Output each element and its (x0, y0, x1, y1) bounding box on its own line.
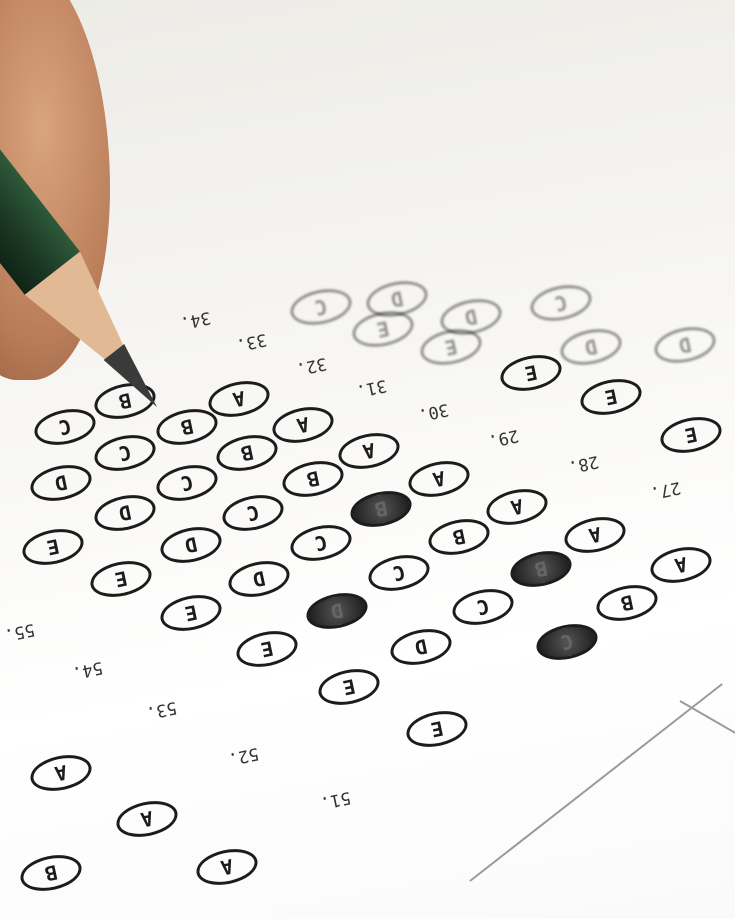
question-number: 52. (226, 743, 260, 769)
answer-bubble: D (387, 624, 455, 670)
answer-bubble: B (279, 456, 347, 502)
question-number: 55. (2, 619, 36, 645)
answer-bubble: A (561, 512, 629, 558)
question-number: 27. (648, 477, 682, 503)
question-number: 51. (318, 787, 352, 813)
question-number: 54. (70, 657, 104, 683)
answer-bubble: B (425, 514, 493, 560)
answer-bubble: E (19, 524, 87, 570)
question-number: 53. (144, 697, 178, 723)
answer-bubble: C (91, 430, 159, 476)
answer-bubble: A (113, 796, 181, 842)
question-number: 28. (566, 451, 600, 477)
answer-bubble: A (483, 484, 551, 530)
answer-bubble: C (449, 584, 517, 630)
answer-bubble: A (335, 428, 403, 474)
answer-bubble: E (233, 626, 301, 672)
answer-bubble: A (205, 376, 273, 422)
sheet-border-line (469, 683, 722, 882)
answer-bubble: A (269, 402, 337, 448)
answer-bubble: A (647, 542, 715, 588)
answer-bubble: D (557, 324, 625, 370)
answer-bubble: C (287, 520, 355, 566)
sheet-border-line (680, 700, 735, 742)
answer-bubble: A (405, 456, 473, 502)
answer-bubble: E (157, 590, 225, 636)
answer-bubble: A (193, 844, 261, 890)
answer-bubble: D (225, 556, 293, 602)
answer-bubble: C (153, 460, 221, 506)
answer-sheet-photo: ABCABCDEABCDEABCDEABCDEABCDEABCDEBCAAABE… (0, 0, 735, 919)
answer-bubble: B (347, 486, 415, 532)
question-number: 33. (234, 329, 268, 355)
question-number: 30. (416, 399, 450, 425)
answer-bubble: A (27, 750, 95, 796)
answer-bubble: C (365, 550, 433, 596)
question-number: 31. (354, 375, 388, 401)
answer-bubble: E (315, 664, 383, 710)
answer-bubble: C (287, 284, 355, 330)
question-number: 29. (486, 425, 520, 451)
answer-bubble: B (213, 430, 281, 476)
answer-bubble: B (593, 580, 661, 626)
answer-bubble: D (651, 322, 719, 368)
answer-bubble: C (31, 404, 99, 450)
question-number: 34. (178, 307, 212, 333)
answer-bubble: D (157, 522, 225, 568)
answer-bubble: D (27, 460, 95, 506)
answer-bubble: E (577, 374, 645, 420)
answer-bubble: D (303, 588, 371, 634)
answer-bubble: E (657, 412, 725, 458)
answer-bubble: E (403, 706, 471, 752)
answer-bubble: C (527, 280, 595, 326)
answer-bubble: C (533, 619, 601, 665)
answer-bubble: D (91, 490, 159, 536)
answer-bubble: C (219, 490, 287, 536)
answer-bubble: B (17, 850, 85, 896)
question-number: 32. (294, 353, 328, 379)
answer-bubble: E (87, 556, 155, 602)
answer-bubble: B (507, 546, 575, 592)
answer-bubble: E (497, 350, 565, 396)
